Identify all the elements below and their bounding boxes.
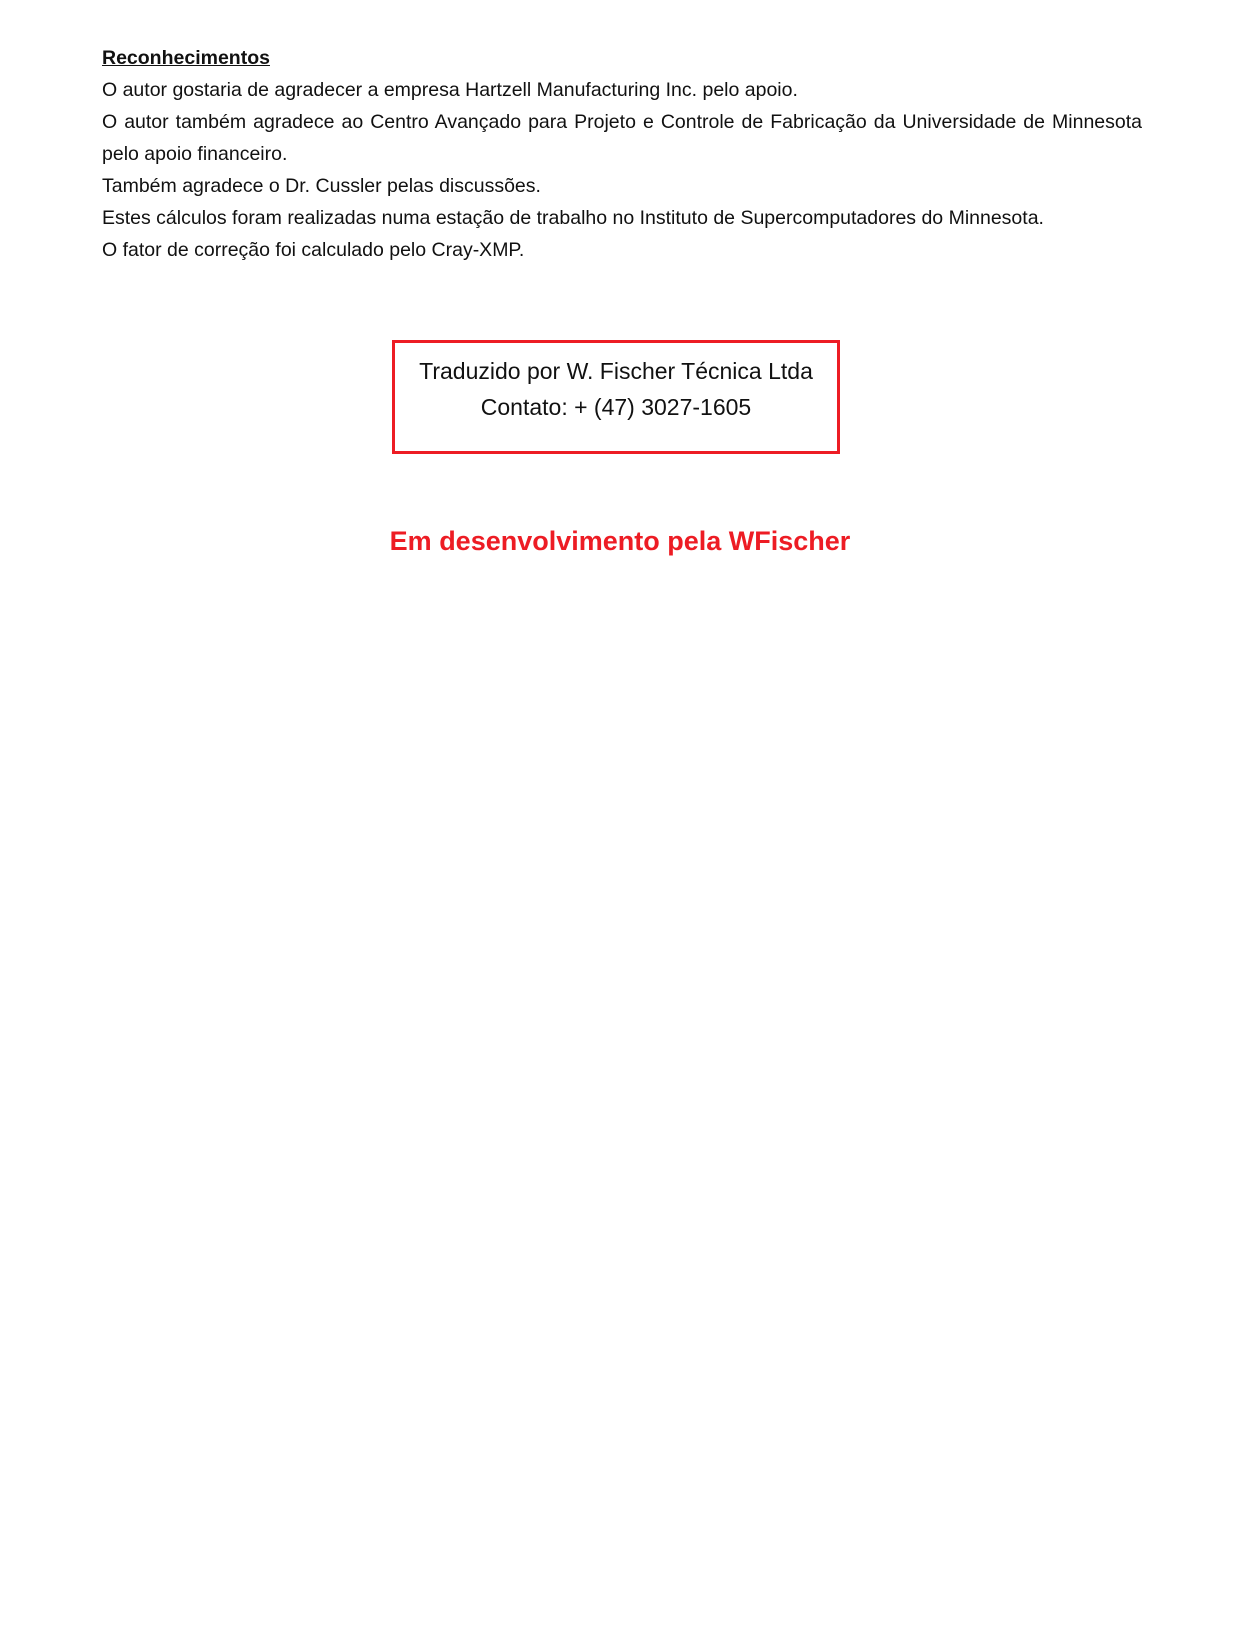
translator-box: Traduzido por W. Fischer Técnica Ltda Co… — [392, 340, 840, 454]
paragraph-2: O autor também agradece ao Centro Avança… — [102, 106, 1142, 170]
section-heading: Reconhecimentos — [102, 42, 1142, 74]
paragraph-5: O fator de correção foi calculado pelo C… — [102, 234, 1142, 266]
acknowledgements-section: Reconhecimentos O autor gostaria de agra… — [102, 42, 1142, 266]
paragraph-3: Também agradece o Dr. Cussler pelas disc… — [102, 170, 1142, 202]
contact-line: Contato: + (47) 3027-1605 — [395, 389, 837, 425]
paragraph-1: O autor gostaria de agradecer a empresa … — [102, 74, 1142, 106]
paragraph-4: Estes cálculos foram realizadas numa est… — [102, 202, 1142, 234]
development-notice: Em desenvolvimento pela WFischer — [0, 526, 1240, 557]
translator-line: Traduzido por W. Fischer Técnica Ltda — [395, 353, 837, 389]
